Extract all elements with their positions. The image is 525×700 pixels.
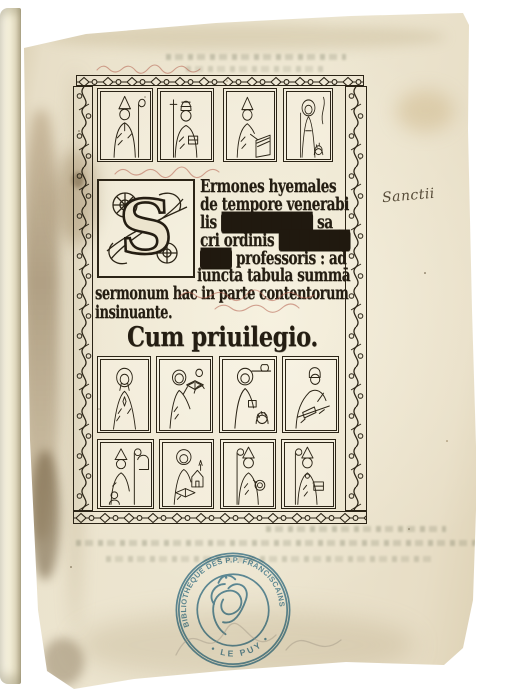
paper-stain [42, 638, 84, 686]
red-marginalia-note [175, 289, 351, 315]
show-through-text [266, 526, 446, 532]
title-page: S Ermones hyemalesde tempore venerabilis… [16, 10, 476, 692]
title-text: de tempore venerabi [200, 195, 349, 215]
title-line: insinuante. [95, 305, 172, 323]
woodcut-border-frame: S Ermones hyemalesde tempore venerabilis… [73, 75, 367, 524]
book-spine-edge [0, 8, 21, 684]
title-line: cri ordinis ███████ [200, 233, 350, 251]
title-text: insinuante. [95, 303, 172, 323]
title-line: iuncta tabula summā [197, 268, 350, 286]
pencil-scribbles [166, 605, 366, 675]
title-text: iuncta tabula summā [197, 266, 350, 286]
paper-stain [22, 110, 60, 540]
red-marginalia-note [112, 165, 247, 181]
paper-stain [30, 450, 60, 580]
paper-stain [396, 90, 454, 132]
paper-stain [46, 24, 446, 50]
handwritten-marginalia: Sanctii [381, 186, 435, 207]
red-marginalia-note [95, 62, 213, 76]
photograph-of-book: S Ermones hyemalesde tempore venerabilis… [0, 0, 525, 700]
show-through-text [166, 54, 346, 60]
inked-out-text: ███████ [278, 231, 350, 251]
title-text: cri ordinis [200, 231, 278, 251]
title-line: de tempore venerabi [200, 197, 349, 215]
privilege-line: Cum priuilegio. [127, 321, 318, 353]
title-line: Ermones hyemales [200, 179, 336, 197]
